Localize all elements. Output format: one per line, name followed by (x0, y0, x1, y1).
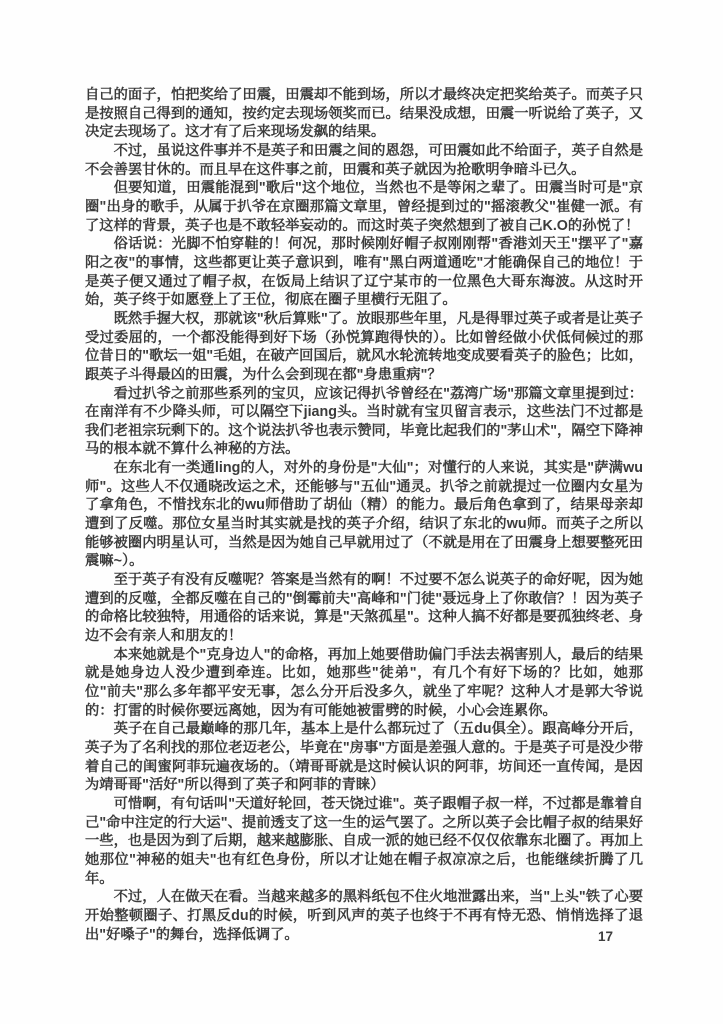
paragraph: 不过，人在做天在看。当越来越多的黑料纸包不住火地泄露出来，当"上头"铁了心要开始… (85, 888, 643, 944)
paragraph: 看过扒爷之前那些系列的宝贝，应该记得扒爷曾经在"荔湾广场"那篇文章里提到过：在南… (85, 385, 643, 460)
paragraph: 可惜啊，有句话叫"天道好轮回，苍天饶过谁"。英子跟帽子叔一样，不过都是靠着自己"… (85, 795, 643, 888)
paragraph: 在东北有一类通ling的人，对外的身份是"大仙"；对懂行的人来说，其实是"萨满w… (85, 459, 643, 571)
paragraph: 不过，虽说这件事并不是英子和田震之间的恩怨，可田震如此不给面子，英子自然是不会善… (85, 142, 643, 179)
paragraph: 本来她就是个"克身边人"的命格，再加上她要借助偏门手法去祸害别人，最后的结果就是… (85, 646, 643, 721)
paragraph: 至于英子有没有反噬呢？答案是当然有的啊！不过要不怎么说英子的命好呢，因为她遭到的… (85, 571, 643, 646)
paragraph: 既然手握大权，那就该"秋后算账"了。放眼那些年里，凡是得罪过英子或者是让英子受过… (85, 310, 643, 385)
paragraph: 自己的面子，怕把奖给了田震，田震却不能到场，所以才最终决定把奖给英子。而英子只是… (85, 86, 643, 142)
document-page: 自己的面子，怕把奖给了田震，田震却不能到场，所以才最终决定把奖给英子。而英子只是… (0, 0, 723, 1024)
paragraph: 英子在自己最巅峰的那几年，基本上是什么都玩过了（五du俱全）。跟高峰分开后，英子… (85, 720, 643, 795)
paragraph: 俗话说：光脚不怕穿鞋的！何况，那时候刚好帽子叔刚刚帮"香港刘天王"摆平了"嘉阳之… (85, 235, 643, 310)
paragraph: 但要知道，田震能混到"歌后"这个地位，当然也不是等闲之辈了。田震当时可是"京圈"… (85, 179, 643, 235)
document-body-text: 自己的面子，怕把奖给了田震，田震却不能到场，所以才最终决定把奖给英子。而英子只是… (85, 86, 643, 944)
page-number: 17 (598, 929, 613, 944)
